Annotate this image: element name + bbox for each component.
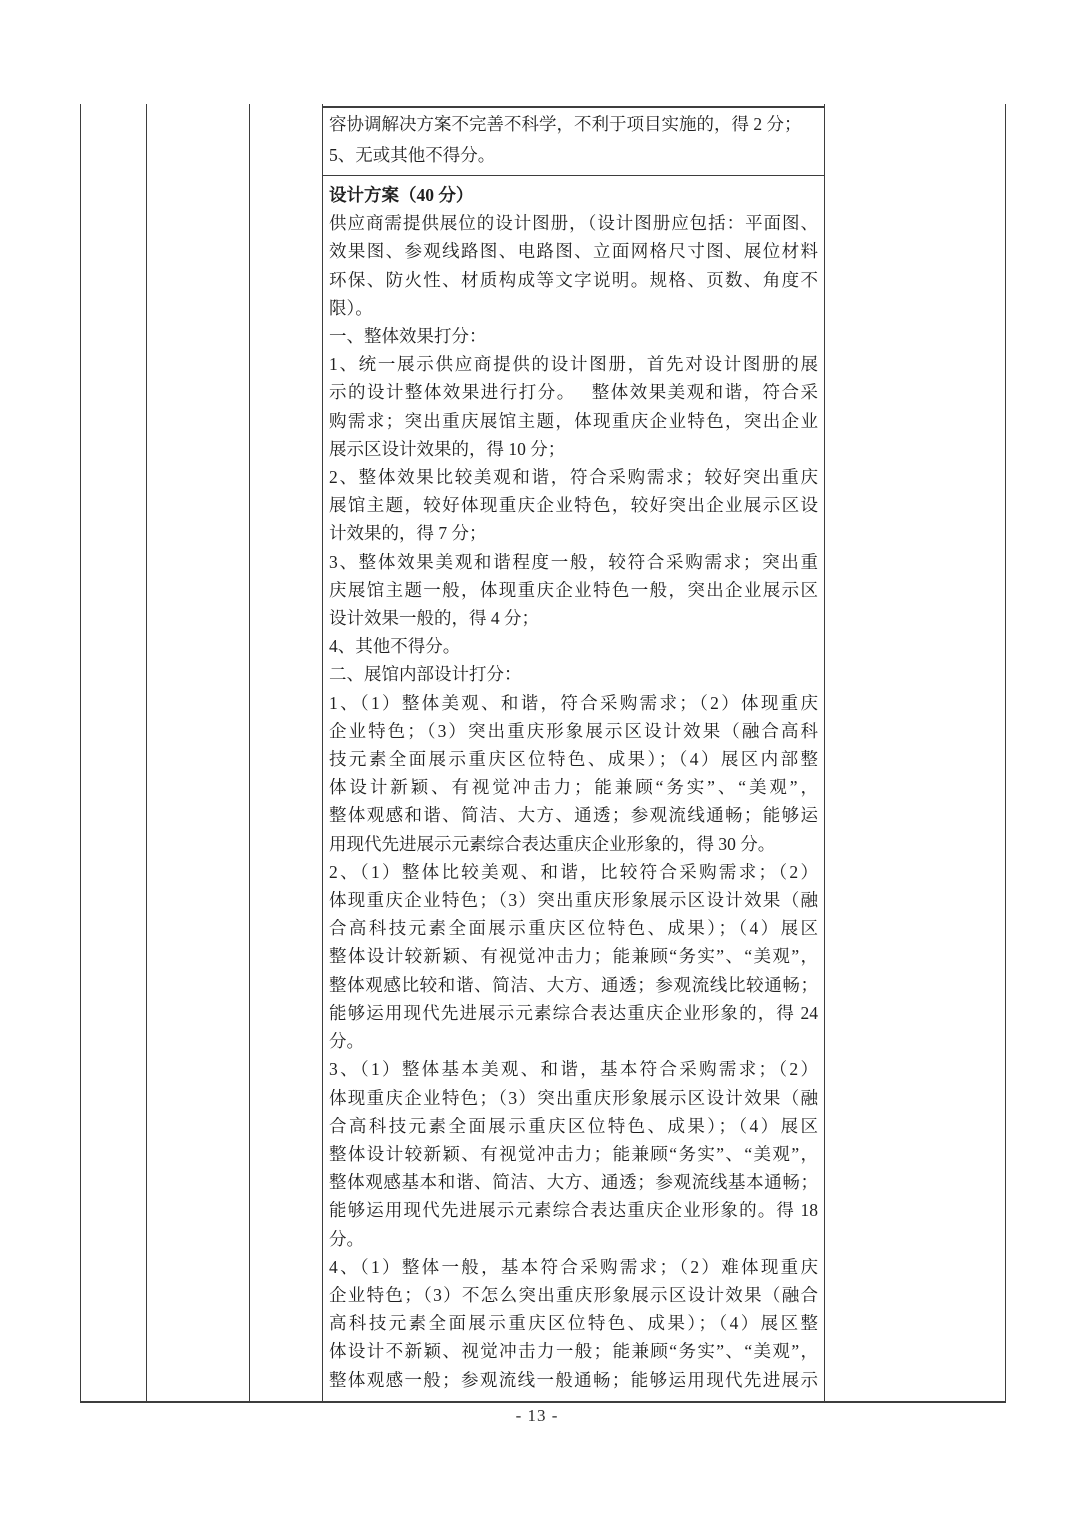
text-line: 一、整体效果打分： xyxy=(329,322,818,350)
table-border-right xyxy=(1005,104,1007,1402)
paragraph: 1、统一展示供应商提供的设计图册，首先对设计图册的展示的设计整体效果进行打分。 … xyxy=(329,350,818,463)
table-border-bottom xyxy=(80,1401,1007,1403)
document-page: 容协调解决方案不完善不科学，不利于项目实施的，得 2 分；5、无或其他不得分。 … xyxy=(0,0,1074,1520)
text-line: 庆展馆主题一般，体现重庆企业特色一般，突出企业展示区 xyxy=(329,576,818,604)
page-number: - 13 - xyxy=(0,1406,1074,1426)
text-line: 高科技元素全面展示重庆区位特色、成果）；（4）展区整 xyxy=(329,1309,818,1337)
text-line: 容协调解决方案不完善不科学，不利于项目实施的，得 2 分； xyxy=(329,109,818,140)
text-line: 3、整体效果美观和谐程度一般，较符合采购需求；突出重 xyxy=(329,548,818,576)
paragraph: 容协调解决方案不完善不科学，不利于项目实施的，得 2 分； xyxy=(329,109,818,140)
text-line: 二、展馆内部设计打分： xyxy=(329,660,818,688)
text-line: 示的设计整体效果进行打分。 整体效果美观和谐，符合采 xyxy=(329,378,818,406)
text-line: 1、（1）整体美观、和谐，符合采购需求；（2）体现重庆 xyxy=(329,689,818,717)
table-cell-design-plan-criteria: 设计方案（40 分）供应商需提供展位的设计图册，（设计图册应包括：平面图、效果图… xyxy=(329,181,818,1399)
text-line: 合高科技元素全面展示重庆区位特色、成果）；（4）展区 xyxy=(329,1112,818,1140)
text-line: 整体观感基本和谐、简洁、大方、通透；参观流线基本通畅； xyxy=(329,1168,818,1196)
paragraph: 供应商需提供展位的设计图册，（设计图册应包括：平面图、效果图、参观线路图、电路图… xyxy=(329,209,818,322)
text-line: 展示区设计效果的，得 10 分； xyxy=(329,435,818,463)
text-line: 体现重庆企业特色；（3）突出重庆形象展示区设计效果（融 xyxy=(329,1084,818,1112)
text-line: 体现重庆企业特色；（3）突出重庆形象展示区设计效果（融 xyxy=(329,886,818,914)
text-line: 3、（1）整体基本美观、和谐，基本符合采购需求；（2） xyxy=(329,1055,818,1083)
text-line: 展馆主题，较好体现重庆企业特色，较好突出企业展示区设 xyxy=(329,491,818,519)
text-line: 整体观感比较和谐、简洁、大方、通透；参观流线比较通畅； xyxy=(329,971,818,999)
text-line: 4、其他不得分。 xyxy=(329,632,818,660)
text-line: 分。 xyxy=(329,1027,818,1055)
table-cell-col3-empty xyxy=(250,104,321,1401)
text-line: 2、整体效果比较美观和谐，符合采购需求；较好突出重庆 xyxy=(329,463,818,491)
paragraph: 二、展馆内部设计打分： xyxy=(329,660,818,688)
table-cell-col5-empty xyxy=(825,104,1004,1401)
text-line: 购需求；突出重庆展馆主题，体现重庆企业特色，突出企业 xyxy=(329,407,818,435)
text-line: 整体设计较新颖、有视觉冲击力；能兼顾“务实”、“美观”， xyxy=(329,1140,818,1168)
text-line: 技元素全面展示重庆区位特色、成果）；（4）展区内部整 xyxy=(329,745,818,773)
text-line: 设计方案（40 分） xyxy=(329,181,818,209)
table-cell-scoring-criteria-row1: 容协调解决方案不完善不科学，不利于项目实施的，得 2 分；5、无或其他不得分。 xyxy=(329,109,818,173)
paragraph: 1、（1）整体美观、和谐，符合采购需求；（2）体现重庆企业特色；（3）突出重庆形… xyxy=(329,689,818,858)
table-gridline-col3-col4 xyxy=(322,104,324,1402)
text-line: 整体设计较新颖、有视觉冲击力；能兼顾“务实”、“美观”， xyxy=(329,942,818,970)
paragraph: 3、整体效果美观和谐程度一般，较符合采购需求；突出重庆展馆主题一般，体现重庆企业… xyxy=(329,548,818,633)
paragraph: 设计方案（40 分） xyxy=(329,181,818,209)
text-line: 限）。 xyxy=(329,294,818,322)
paragraph: 2、（1）整体比较美观、和谐，比较符合采购需求；（2）体现重庆企业特色；（3）突… xyxy=(329,858,818,1055)
text-line: 效果图、参观线路图、电路图、立面网格尺寸图、展位材料 xyxy=(329,237,818,265)
text-line: 4、（1）整体一般，基本符合采购需求；（2）难体现重庆 xyxy=(329,1253,818,1281)
text-line: 分。 xyxy=(329,1225,818,1253)
text-line: 供应商需提供展位的设计图册，（设计图册应包括：平面图、 xyxy=(329,209,818,237)
text-line: 1、统一展示供应商提供的设计图册，首先对设计图册的展 xyxy=(329,350,818,378)
text-line: 整体观感一般；参观流线一般通畅；能够运用现代先进展示 xyxy=(329,1366,818,1394)
table-rule-row1-row2-separator xyxy=(322,175,826,177)
table-cell-col1-empty xyxy=(81,104,145,1401)
text-line: 环保、防火性、材质构成等文字说明。规格、页数、角度不 xyxy=(329,266,818,294)
text-line: 5、无或其他不得分。 xyxy=(329,140,818,171)
text-line: 用现代先进展示元素综合表达重庆企业形象的，得 30 分。 xyxy=(329,830,818,858)
paragraph: 3、（1）整体基本美观、和谐，基本符合采购需求；（2）体现重庆企业特色；（3）突… xyxy=(329,1055,818,1252)
paragraph: 4、（1）整体一般，基本符合采购需求；（2）难体现重庆企业特色；（3）不怎么突出… xyxy=(329,1253,818,1394)
paragraph: 5、无或其他不得分。 xyxy=(329,140,818,171)
text-line: 企业特色；（3）突出重庆形象展示区设计效果（融合高科 xyxy=(329,717,818,745)
text-line: 2、（1）整体比较美观、和谐，比较符合采购需求；（2） xyxy=(329,858,818,886)
text-line: 设计效果一般的，得 4 分； xyxy=(329,604,818,632)
paragraph: 4、其他不得分。 xyxy=(329,632,818,660)
text-line: 体设计不新颖、视觉冲击力一般；能兼顾“务实”、“美观”， xyxy=(329,1337,818,1365)
text-line: 能够运用现代先进展示元素综合表达重庆企业形象的，得 24 xyxy=(329,999,818,1027)
table-cell-col2-empty xyxy=(147,104,248,1401)
paragraph: 2、整体效果比较美观和谐，符合采购需求；较好突出重庆展馆主题，较好体现重庆企业特… xyxy=(329,463,818,548)
text-line: 体设计新颖、有视觉冲击力；能兼顾“务实”、“美观”， xyxy=(329,773,818,801)
paragraph: 一、整体效果打分： xyxy=(329,322,818,350)
text-line: 计效果的，得 7 分； xyxy=(329,519,818,547)
text-line: 能够运用现代先进展示元素综合表达重庆企业形象的。得 18 xyxy=(329,1196,818,1224)
text-line: 企业特色；（3）不怎么突出重庆形象展示区设计效果（融合 xyxy=(329,1281,818,1309)
text-line: 整体观感和谐、简洁、大方、通透；参观流线通畅；能够运 xyxy=(329,801,818,829)
table-rule-text-cell-top xyxy=(322,106,826,108)
text-line: 合高科技元素全面展示重庆区位特色、成果）；（4）展区 xyxy=(329,914,818,942)
